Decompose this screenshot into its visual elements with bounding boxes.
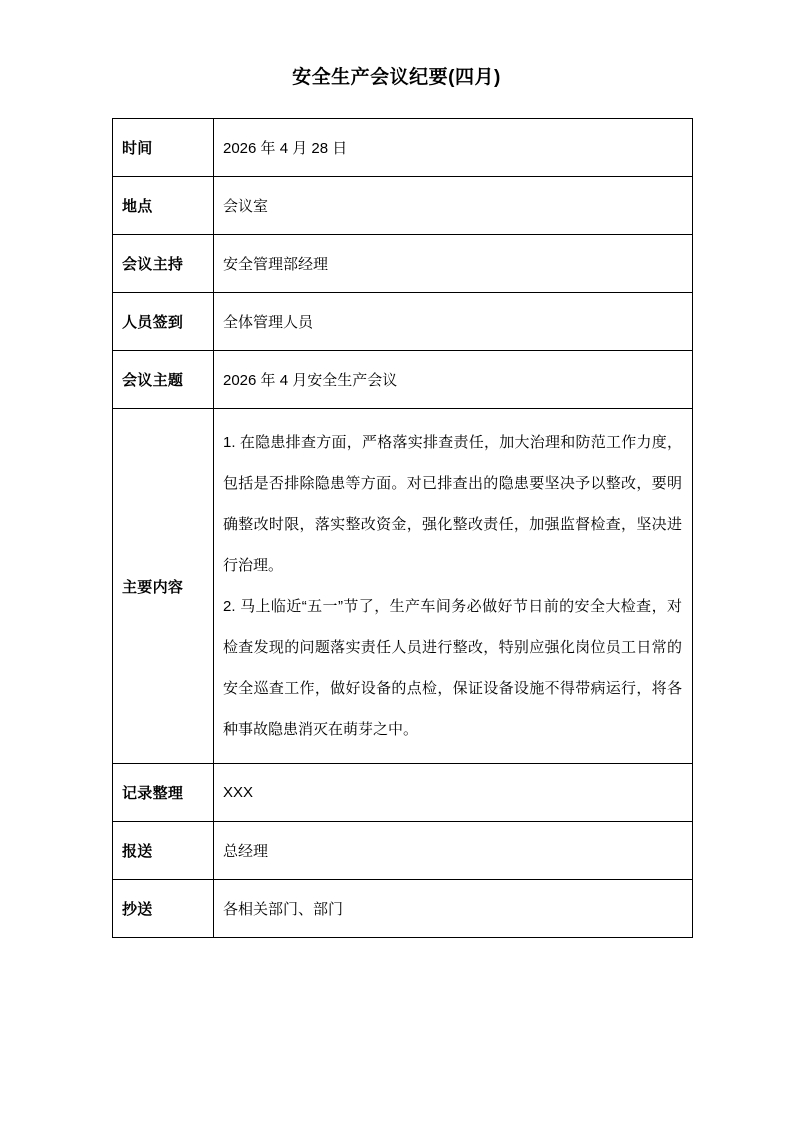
row-label: 人员签到 [113, 293, 214, 351]
row-value: 1. 在隐患排查方面，严格落实排查责任，加大治理和防范工作力度，包括是否排除隐患… [214, 409, 693, 764]
document-title: 安全生产会议纪要(四月) [0, 62, 793, 89]
row-label: 时间 [113, 119, 214, 177]
content-paragraph: 1. 在隐患排查方面，严格落实排查责任，加大治理和防范工作力度，包括是否排除隐患… [223, 422, 682, 586]
row-value: 2026 年 4 月安全生产会议 [214, 351, 693, 409]
row-value: 各相关部门、部门 [214, 880, 693, 938]
row-label: 记录整理 [113, 764, 214, 822]
table-row: 记录整理XXX [113, 764, 693, 822]
row-value: 安全管理部经理 [214, 235, 693, 293]
row-label: 会议主持 [113, 235, 214, 293]
table-row: 主要内容1. 在隐患排查方面，严格落实排查责任，加大治理和防范工作力度，包括是否… [113, 409, 693, 764]
table-row: 地点会议室 [113, 177, 693, 235]
row-value: XXX [214, 764, 693, 822]
row-label: 会议主题 [113, 351, 214, 409]
content-paragraph: 2. 马上临近“五一”节了，生产车间务必做好节日前的安全大检查，对检查发现的问题… [223, 586, 682, 750]
minutes-table: 时间2026 年 4 月 28 日地点会议室会议主持安全管理部经理人员签到全体管… [112, 118, 693, 938]
document-page: 安全生产会议纪要(四月) 时间2026 年 4 月 28 日地点会议室会议主持安… [0, 0, 793, 1122]
row-value: 会议室 [214, 177, 693, 235]
table-row: 人员签到全体管理人员 [113, 293, 693, 351]
row-value: 全体管理人员 [214, 293, 693, 351]
row-label: 主要内容 [113, 409, 214, 764]
row-label: 抄送 [113, 880, 214, 938]
table-row: 时间2026 年 4 月 28 日 [113, 119, 693, 177]
table-row: 会议主题2026 年 4 月安全生产会议 [113, 351, 693, 409]
row-value: 2026 年 4 月 28 日 [214, 119, 693, 177]
table-row: 抄送各相关部门、部门 [113, 880, 693, 938]
minutes-table-body: 时间2026 年 4 月 28 日地点会议室会议主持安全管理部经理人员签到全体管… [113, 119, 693, 938]
row-value: 总经理 [214, 822, 693, 880]
row-label: 报送 [113, 822, 214, 880]
table-row: 会议主持安全管理部经理 [113, 235, 693, 293]
table-row: 报送总经理 [113, 822, 693, 880]
row-label: 地点 [113, 177, 214, 235]
